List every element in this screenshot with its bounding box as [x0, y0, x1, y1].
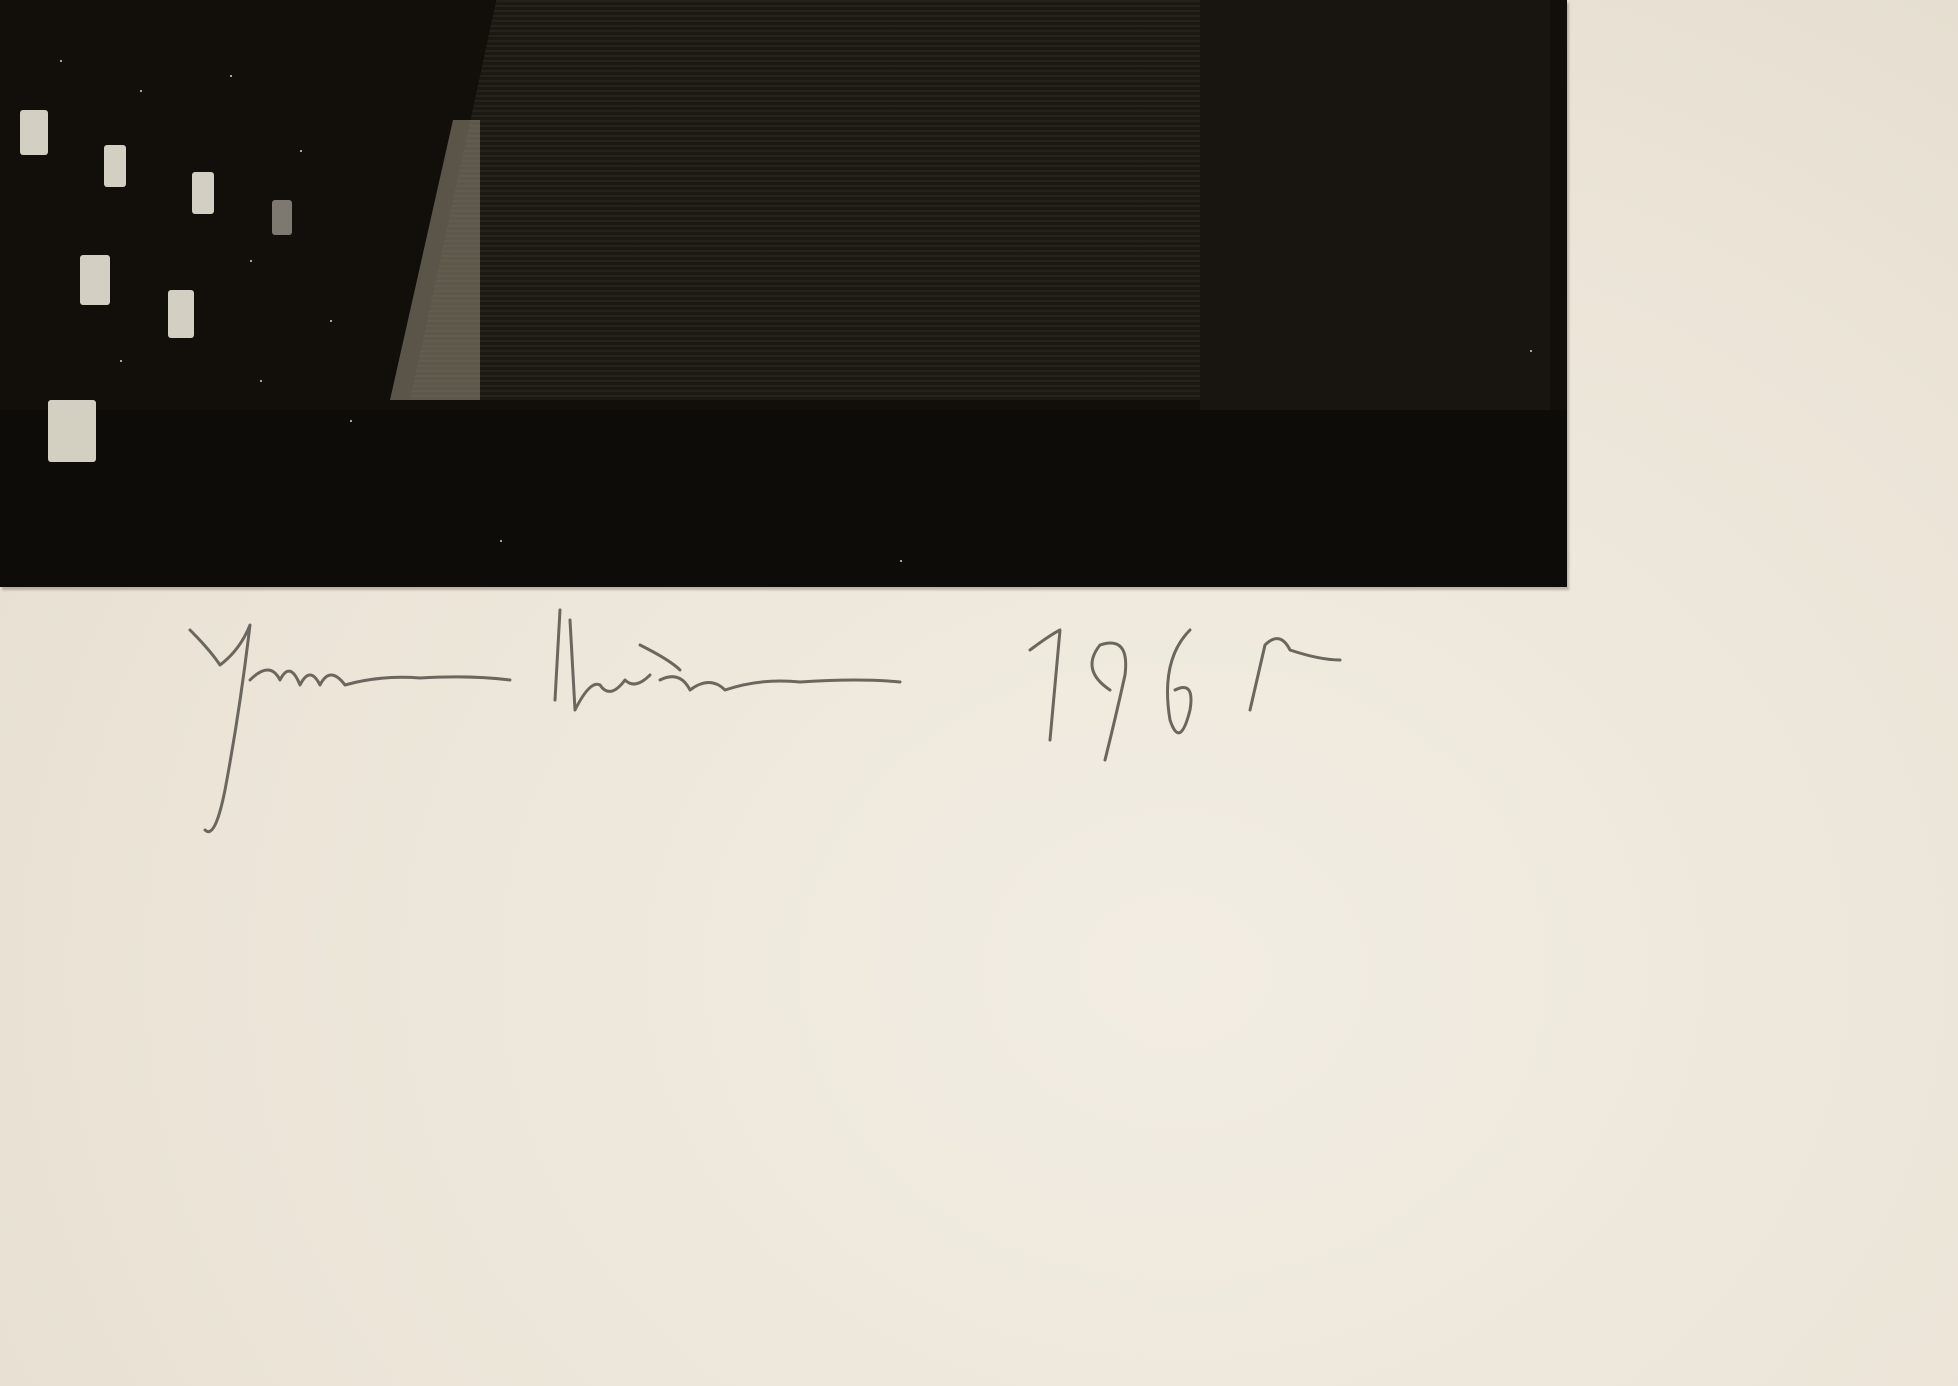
lit-window	[48, 400, 96, 462]
etching-plate	[0, 0, 1567, 587]
lit-building-edge	[390, 120, 480, 400]
dark-shadow-area	[1200, 0, 1550, 420]
lit-window	[272, 200, 292, 235]
lit-window	[192, 172, 214, 214]
lit-window	[20, 110, 48, 155]
lit-window	[80, 255, 110, 305]
lit-window	[104, 145, 126, 187]
plate-bottom-band	[0, 410, 1567, 587]
lit-window	[168, 290, 194, 338]
pencil-signature	[180, 590, 1720, 850]
